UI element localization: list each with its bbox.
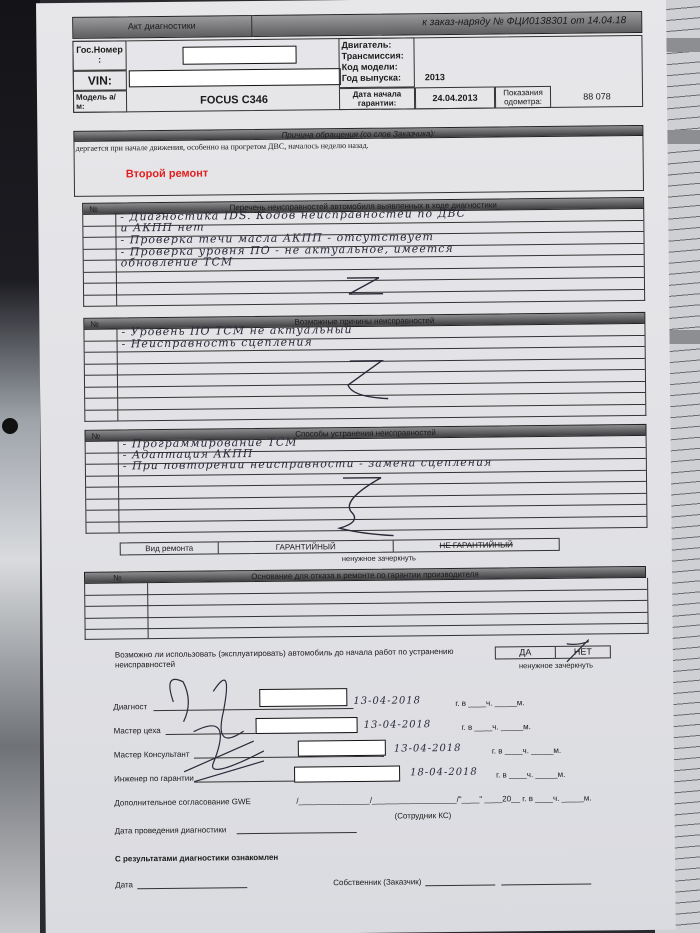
plate-label: Гос.Номер : [72,40,126,71]
usage-yes-no: ДА НЕТ [495,645,611,659]
repair-type-nonwarranty[interactable]: НЕ ГАРАНТИЙНЫЙ [394,539,559,552]
gwe-label: Дополнительное согласование GWE [114,797,251,807]
signature-name-redacted [294,766,400,783]
owner-signature-field[interactable] [425,885,495,887]
signature-name-redacted [298,740,386,757]
handwritten-signatures [153,661,284,792]
order-reference: к заказ-наряду № ФЦИ0138301 от 14.04.18 [336,11,636,36]
diag-date-field[interactable] [237,832,357,834]
faults-num-header: № [89,204,98,215]
odometer-label: Показания одометра: [495,86,551,109]
remedies-title: Способы устранения неисправностей [295,428,436,438]
repair-type-warranty[interactable]: ГАРАНТИЙНЫЙ [219,541,394,554]
remedies-num-header: № [91,431,100,442]
model-value: FOCUS C346 [129,88,339,112]
usage-hint: ненужное зачеркнуть [519,661,593,671]
date-label: Дата [115,880,133,889]
refusal-table [84,578,649,640]
engine-label: Двигатель: [341,40,391,51]
background-binder [0,0,40,933]
repair-type-row: Вид ремонта ГАРАНТИЙНЫЙ НЕ ГАРАНТИЙНЫЙ [120,538,560,556]
signature-date: 13-04-2018 [394,743,462,755]
repair-type-hint: ненужное зачеркнуть [342,553,416,563]
z-strike-mark [331,470,402,541]
vin-value-redacted [129,68,341,87]
date-field[interactable] [137,887,247,889]
diag-date-label: Дата проведения диагностики [115,825,227,835]
signature-date: 13-04-2018 [353,695,421,707]
fault-line: обновление TCM [121,255,234,269]
gwe-line: /________________/___________________/"_… [296,794,591,806]
year-label: Год выпуска: [342,72,401,83]
z-strike-mark [339,272,389,303]
document-title: Акт диагностики [72,15,252,39]
repair-type-label: Вид ремонта [121,542,219,554]
transmission-label: Трансмиссия: [342,50,404,61]
odometer-value: 88 078 [551,85,643,108]
z-strike-mark [340,355,401,406]
signature-role: Диагност [113,702,147,711]
usage-yes[interactable]: ДА [496,647,556,659]
signature-time: г. в ____ч. _____м. [492,746,561,756]
owner-name-field[interactable] [501,884,591,886]
causes-num-header: № [90,319,99,330]
signature-date: 18-04-2018 [410,767,478,779]
owner-label: Собственник (Заказчик) [333,877,421,887]
signature-time: г. в ____ч. _____м. [462,722,531,732]
signature-time: г. в ____ч. _____м. [496,770,565,780]
second-repair-note: Второй ремонт [126,168,209,181]
year-value: 2013 [425,72,445,82]
gwe-employee-caption: (Сотрудник КС) [395,811,452,821]
refusal-num-header: № [113,572,122,583]
diagnostic-act-document: Акт диагностики к заказ-наряду № ФЦИ0138… [36,0,676,933]
model-code-label: Код модели: [342,62,398,73]
warranty-start-label: Дата начала гарантии: [339,87,415,110]
signature-date: 13-04-2018 [364,719,432,731]
cause-line: - Неисправность сцепления [122,335,313,350]
model-label: Модель а/м: [73,90,127,113]
signature-time: г. в ____ч. _____м. [455,698,524,708]
warranty-start-value: 24.04.2013 [415,86,495,109]
binder-hole [2,418,18,434]
plate-value-redacted [182,46,296,65]
acknowledged-text: С результатами диагностики ознакомлен [115,853,278,864]
vin-label: VIN: [73,70,127,91]
